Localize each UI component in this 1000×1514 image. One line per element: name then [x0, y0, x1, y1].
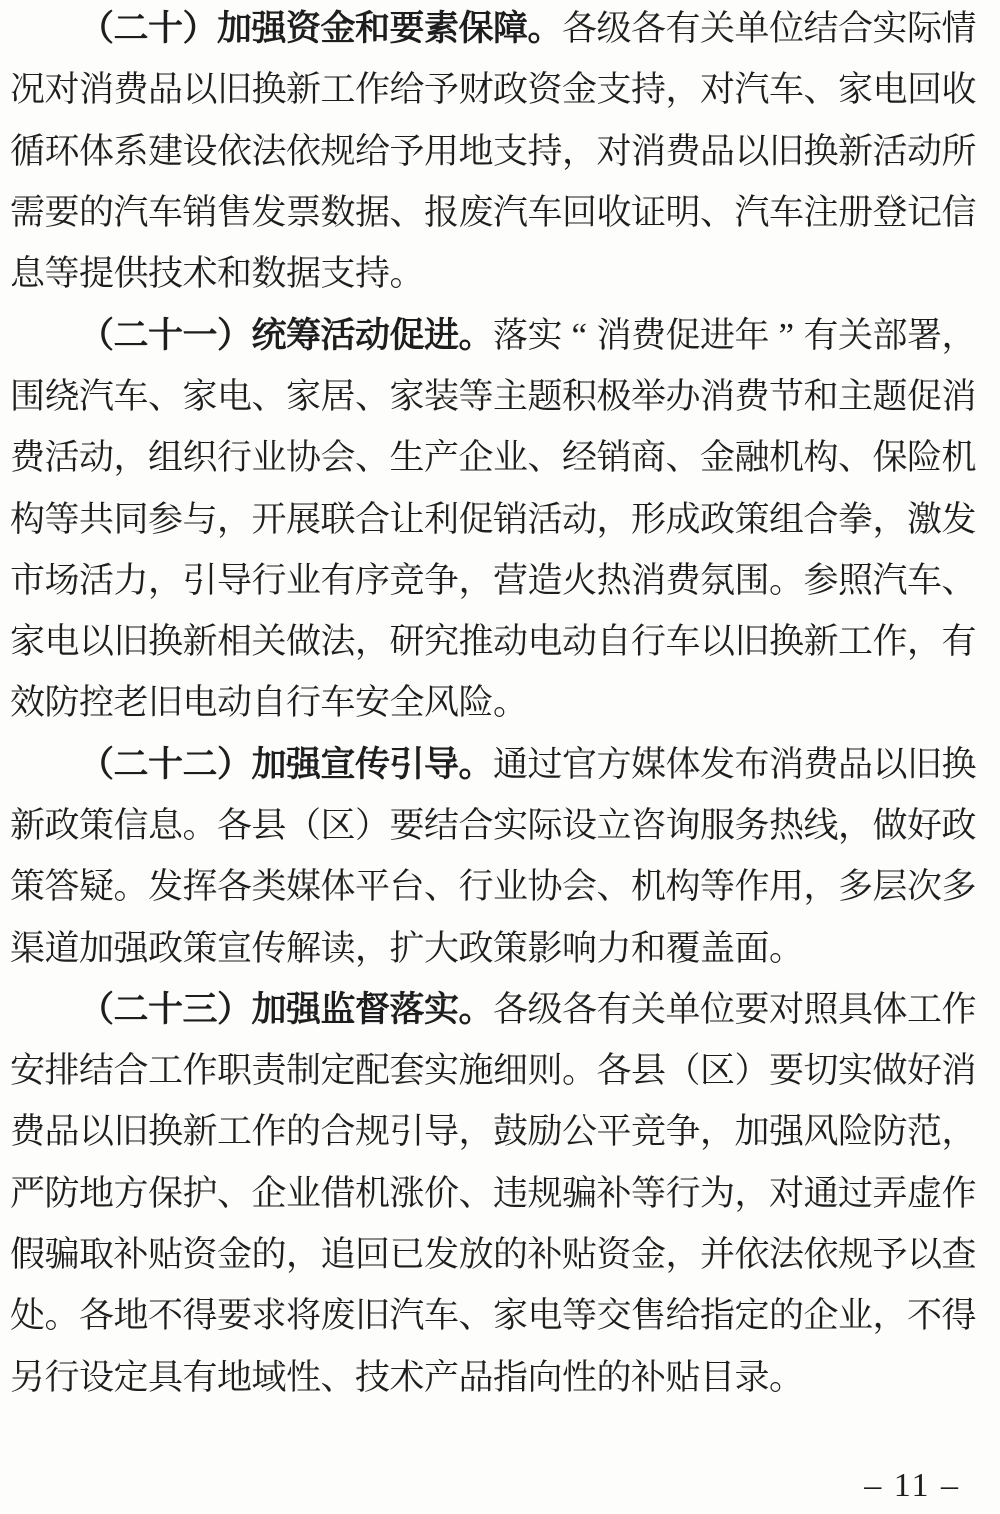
document-page: （二十）加强资金和要素保障。各级各有关单位结合实际情况对消费品以旧换新工作给予财… [0, 0, 1000, 1514]
body-char: 险 [907, 440, 942, 475]
body-char: 面 [735, 931, 770, 966]
body-char: 题 [873, 379, 908, 414]
page-number: – 11 – [864, 1467, 960, 1505]
body-char: 活 [873, 134, 908, 169]
body-char: ， [942, 1114, 977, 1149]
body-char: 持 [355, 256, 390, 291]
body-char: 要 [769, 1053, 804, 1088]
body-char: ， [114, 440, 149, 475]
body-char: 响 [562, 931, 597, 966]
body-char: 发 [700, 747, 735, 782]
body-char: 家 [390, 379, 425, 414]
body-char: 依 [217, 134, 252, 169]
body-char: 业 [252, 440, 287, 475]
text-line: 围绕汽车、家电、家居、家装等主题积极举办消费节和主题促消 [10, 366, 976, 427]
body-char: 关 [252, 624, 287, 659]
heading-char: （ [79, 747, 114, 782]
body-char: 工 [907, 992, 942, 1027]
body-char: 行 [286, 685, 321, 720]
body-char: 通 [804, 1176, 839, 1211]
body-char: （ [666, 1053, 701, 1088]
body-char: 性 [562, 1360, 597, 1395]
body-char: 区 [700, 1053, 735, 1088]
body-char: 引 [183, 563, 218, 598]
body-char: 职 [217, 1053, 252, 1088]
body-char: 答 [45, 869, 80, 904]
body-char: ） [355, 808, 390, 843]
text-line: 息等提供技术和数据支持。 [10, 243, 976, 304]
text-line: 循环体系建设依法依规给予用地支持，对消费品以旧换新活动所 [10, 121, 976, 182]
body-char: 查 [942, 1237, 977, 1272]
body-char: 活 [79, 563, 114, 598]
body-char: 激 [907, 502, 942, 537]
body-char: 严 [10, 1176, 45, 1211]
body-char: 动 [907, 134, 942, 169]
body-char: 资 [183, 1237, 218, 1272]
body-char: 关 [631, 992, 666, 1027]
body-char: 居 [321, 379, 356, 414]
body-char: 假 [10, 1237, 45, 1272]
body-char: 费 [735, 379, 770, 414]
body-char: 报 [424, 195, 459, 230]
body-char: 汽 [114, 195, 149, 230]
body-char: 作 [942, 1176, 977, 1211]
body-char: 合 [321, 1114, 356, 1149]
body-char: 方 [114, 1176, 149, 1211]
body-char: 业 [493, 440, 528, 475]
body-char: 废 [321, 1298, 356, 1333]
body-char: 技 [148, 256, 183, 291]
body-char: 等 [631, 1176, 666, 1211]
body-char: 废 [459, 195, 494, 230]
body-char: 向 [528, 1360, 563, 1395]
body-char: 组 [769, 502, 804, 537]
body-char: 地 [114, 1298, 149, 1333]
body-char: 作 [873, 624, 908, 659]
body-char: 照 [838, 563, 873, 598]
body-char: 各 [562, 11, 597, 46]
body-char: 署 [907, 318, 942, 353]
body-char: 导 [217, 563, 252, 598]
heading-char: 实 [424, 992, 459, 1027]
body-char: 给 [355, 134, 390, 169]
body-char: 以 [79, 624, 114, 659]
heading-char: （ [79, 992, 114, 1027]
body-char: 为 [700, 1176, 735, 1211]
body-char: ， [838, 808, 873, 843]
body-char: 。 [183, 808, 218, 843]
body-char: 售 [217, 195, 252, 230]
heading-char: 十 [148, 318, 183, 353]
body-char: 企 [459, 440, 494, 475]
body-char: 汽 [735, 195, 770, 230]
body-char: 自 [252, 685, 287, 720]
body-char: 要 [45, 195, 80, 230]
body-char: 读 [321, 931, 356, 966]
heading-char: 筹 [286, 318, 321, 353]
body-char: 业 [286, 563, 321, 598]
body-char: 补 [114, 1237, 149, 1272]
body-char: 单 [735, 11, 770, 46]
body-char: 定 [735, 1298, 770, 1333]
body-char: 保 [873, 440, 908, 475]
body-char: 举 [631, 379, 666, 414]
body-char: 另 [10, 1360, 45, 1395]
body-char: 定 [321, 1053, 356, 1088]
body-char: 车 [114, 379, 149, 414]
body-char: 励 [528, 1114, 563, 1149]
body-char: 政 [148, 931, 183, 966]
body-char: 用 [769, 869, 804, 904]
body-char: 骗 [45, 1237, 80, 1272]
body-char: 行 [217, 440, 252, 475]
body-char: 金 [217, 1237, 252, 1272]
body-char: 、 [597, 869, 632, 904]
body-char: 消 [769, 747, 804, 782]
body-char: 业 [838, 1298, 873, 1333]
body-char: 的 [769, 1298, 804, 1333]
body-char: 规 [355, 1114, 390, 1149]
body-char: 回 [907, 72, 942, 107]
body-char: 品 [45, 1114, 80, 1149]
body-char: 品 [700, 134, 735, 169]
body-char: 电 [873, 72, 908, 107]
body-char: ， [873, 1298, 908, 1333]
body-char: 价 [424, 1176, 459, 1211]
body-char: “ [562, 318, 597, 353]
body-char: 对 [597, 134, 632, 169]
body-char: 费 [114, 72, 149, 107]
body-char: 细 [493, 1053, 528, 1088]
heading-char: 监 [321, 992, 356, 1027]
body-char: 营 [493, 563, 528, 598]
body-char: 车 [666, 624, 701, 659]
heading-char: 十 [148, 992, 183, 1027]
body-char: 责 [252, 1053, 287, 1088]
body-char: 规 [838, 1237, 873, 1272]
body-char: 换 [148, 1114, 183, 1149]
heading-char: 进 [424, 318, 459, 353]
body-char: 汽 [735, 72, 770, 107]
text-line: 策答疑。发挥各类媒体平台、行业协会、机构等作用，多层次多 [10, 856, 976, 917]
body-char: 销 [183, 195, 218, 230]
body-char: 依 [735, 1237, 770, 1272]
body-char: 研 [390, 624, 425, 659]
body-char: 已 [390, 1237, 425, 1272]
body-char: 持 [631, 72, 666, 107]
body-char: 加 [735, 1114, 770, 1149]
body-char: 予 [390, 134, 425, 169]
text-line: 处。各地不得要求将废旧汽车、家电等交售给指定的企业，不得 [10, 1285, 976, 1346]
document-body: （二十）加强资金和要素保障。各级各有关单位结合实际情况对消费品以旧换新工作给予财… [10, 0, 976, 1408]
body-char: 。 [390, 256, 425, 291]
body-char: 支 [493, 134, 528, 169]
heading-char: 二 [183, 747, 218, 782]
body-char: 动 [217, 685, 252, 720]
body-char: 、 [252, 379, 287, 414]
body-char: ， [666, 1237, 701, 1272]
body-char: 费 [10, 1114, 45, 1149]
heading-char: 金 [321, 11, 356, 46]
body-char: 工 [148, 1053, 183, 1088]
body-char: ” [769, 318, 804, 353]
body-char: 企 [804, 1298, 839, 1333]
body-char: 车 [424, 1298, 459, 1333]
body-char: 构 [666, 869, 701, 904]
body-char: 、 [804, 72, 839, 107]
heading-char: 。 [459, 747, 494, 782]
body-char: 册 [838, 195, 873, 230]
body-char: 性 [286, 1360, 321, 1395]
body-char: 各 [79, 1298, 114, 1333]
body-char: 实 [873, 11, 908, 46]
body-char: 构 [10, 502, 45, 537]
body-char: 各 [493, 992, 528, 1027]
body-char: 情 [942, 11, 977, 46]
body-char: 序 [355, 563, 390, 598]
text-line: 新政策信息。各县（区）要结合实际设立咨询服务热线，做好政 [10, 795, 976, 856]
body-char: 策 [10, 869, 45, 904]
body-char: 地 [459, 134, 494, 169]
body-char: 级 [597, 11, 632, 46]
body-char: 业 [493, 869, 528, 904]
body-char: 金 [700, 440, 735, 475]
heading-char: 宣 [321, 747, 356, 782]
body-char: 融 [735, 440, 770, 475]
body-char: 得 [183, 1298, 218, 1333]
body-char: 机 [942, 440, 977, 475]
body-char: 有 [321, 563, 356, 598]
text-line: 况对消费品以旧换新工作给予财政资金支持，对汽车、家电回收 [10, 59, 976, 120]
body-char: 信 [942, 195, 977, 230]
body-char: ） [735, 1053, 770, 1088]
body-char: 资 [528, 72, 563, 107]
body-char: 定 [114, 1360, 149, 1395]
body-char: 虚 [907, 1176, 942, 1211]
body-char: 施 [459, 1053, 494, 1088]
heading-char: ） [217, 992, 252, 1027]
body-char: 规 [321, 134, 356, 169]
body-char: ， [597, 502, 632, 537]
body-char: 参 [804, 563, 839, 598]
body-char: 防 [45, 685, 80, 720]
body-char: 新 [286, 72, 321, 107]
body-char: 需 [10, 195, 45, 230]
body-char: 作 [183, 1053, 218, 1088]
body-char: 道 [45, 931, 80, 966]
body-char: 汽 [390, 1298, 425, 1333]
body-char: 建 [148, 134, 183, 169]
body-char: 保 [148, 1176, 183, 1211]
body-char: 资 [597, 1237, 632, 1272]
text-line: （二十一）统筹活动促进。落实“消费促进年”有关部署， [10, 304, 976, 365]
body-char: 协 [286, 440, 321, 475]
body-char: 位 [769, 11, 804, 46]
body-char: 竞 [631, 1114, 666, 1149]
body-char: ， [217, 502, 252, 537]
body-char: 险 [459, 685, 494, 720]
body-char: 力 [114, 563, 149, 598]
body-char: 品 [148, 72, 183, 107]
body-char: 方 [597, 747, 632, 782]
body-char: 引 [390, 1114, 425, 1149]
body-char: 品 [459, 1360, 494, 1395]
body-char: 对 [769, 992, 804, 1027]
body-char: 用 [424, 134, 459, 169]
body-char: 类 [252, 869, 287, 904]
body-char: 政 [45, 808, 80, 843]
body-char: 覆 [666, 931, 701, 966]
body-char: 结 [424, 808, 459, 843]
body-char: 询 [666, 808, 701, 843]
body-char: 以 [873, 747, 908, 782]
body-char: ， [355, 931, 390, 966]
body-char: 策 [493, 931, 528, 966]
body-char: 护 [183, 1176, 218, 1211]
body-char: 产 [424, 1360, 459, 1395]
body-char: ， [735, 1176, 770, 1211]
body-char: 控 [79, 685, 114, 720]
body-char: 电 [528, 624, 563, 659]
body-char: 的 [252, 1237, 287, 1272]
body-char: 消 [942, 1053, 977, 1088]
body-char: 推 [459, 624, 494, 659]
body-char: 配 [355, 1053, 390, 1088]
body-char: 实 [838, 1053, 873, 1088]
body-char: 旧 [769, 134, 804, 169]
heading-char: 十 [148, 747, 183, 782]
body-char: 、 [321, 1360, 356, 1395]
heading-char: 督 [355, 992, 390, 1027]
body-char: 取 [79, 1237, 114, 1272]
body-char: 际 [528, 808, 563, 843]
body-char: 。 [45, 1298, 80, 1333]
body-char: 处 [10, 1298, 45, 1333]
body-char: 围 [735, 563, 770, 598]
body-char: 共 [79, 502, 114, 537]
body-char: 形 [631, 502, 666, 537]
body-char: 财 [459, 72, 494, 107]
body-char: 机 [355, 1176, 390, 1211]
body-char: 汽 [873, 563, 908, 598]
body-char: ， [907, 624, 942, 659]
body-char: 的 [79, 195, 114, 230]
body-char: 主 [493, 379, 528, 414]
body-char: 术 [183, 256, 218, 291]
body-char: 合 [804, 502, 839, 537]
body-char: 给 [666, 1298, 701, 1333]
body-char: 行 [252, 563, 287, 598]
body-char: 车 [769, 72, 804, 107]
body-char: 和 [217, 256, 252, 291]
body-char: ， [148, 563, 183, 598]
heading-char: 强 [252, 11, 287, 46]
body-char: 组 [148, 440, 183, 475]
body-char: 将 [286, 1298, 321, 1333]
body-char: 行 [631, 624, 666, 659]
text-line: 家电以旧换新相关做法，研究推动电动自行车以旧换新工作，有 [10, 611, 976, 672]
body-char: 。 [562, 1053, 597, 1088]
body-char: 、 [217, 1176, 252, 1211]
body-char: 发 [148, 869, 183, 904]
body-char: 的 [493, 1237, 528, 1272]
heading-char: 活 [321, 318, 356, 353]
body-char: 据 [355, 195, 390, 230]
heading-char: 。 [528, 11, 563, 46]
body-char: 收 [597, 195, 632, 230]
body-char: 全 [390, 685, 425, 720]
text-line: 需要的汽车销售发票数据、报废汽车回收证明、汽车注册登记信 [10, 182, 976, 243]
heading-char: 传 [355, 747, 390, 782]
body-char: 策 [79, 808, 114, 843]
body-char: 多 [942, 869, 977, 904]
body-char: 办 [666, 379, 701, 414]
body-char: 照 [804, 992, 839, 1027]
text-line: （二十三）加强监督落实。各级各有关单位要对照具体工作 [10, 979, 976, 1040]
body-char: 热 [597, 563, 632, 598]
body-char: 各 [631, 11, 666, 46]
body-char: 录 [735, 1360, 770, 1395]
body-char: 所 [942, 134, 977, 169]
body-char: 费 [10, 440, 45, 475]
body-char: 主 [838, 379, 873, 414]
body-char: 险 [838, 1114, 873, 1149]
heading-char: 落 [390, 992, 425, 1027]
body-char: 多 [838, 869, 873, 904]
body-char: 大 [424, 931, 459, 966]
body-char: 以 [79, 1114, 114, 1149]
body-char: 题 [528, 379, 563, 414]
body-char: 指 [493, 1360, 528, 1395]
body-char: 息 [148, 808, 183, 843]
body-char: 咨 [631, 808, 666, 843]
body-char: 支 [321, 256, 356, 291]
body-char: 车 [148, 195, 183, 230]
body-char: 等 [700, 869, 735, 904]
body-char: 套 [390, 1053, 425, 1088]
body-char: 法 [769, 1237, 804, 1272]
body-char: 官 [562, 747, 597, 782]
body-char: 补 [597, 1176, 632, 1211]
body-char: 自 [597, 624, 632, 659]
body-char: 设 [562, 808, 597, 843]
body-char: 鼓 [493, 1114, 528, 1149]
body-char: 县 [252, 808, 287, 843]
body-char: 电 [528, 1298, 563, 1333]
body-char: 法 [321, 624, 356, 659]
body-char: 造 [528, 563, 563, 598]
body-char: 层 [873, 869, 908, 904]
body-char: 体 [79, 134, 114, 169]
body-char: 动 [562, 624, 597, 659]
body-char: 装 [424, 379, 459, 414]
body-char: 费 [631, 318, 666, 353]
body-char: 老 [114, 685, 149, 720]
body-char: 利 [424, 502, 459, 537]
body-char: 登 [873, 195, 908, 230]
body-char: 工 [217, 1114, 252, 1149]
body-char: 车 [528, 195, 563, 230]
body-char: 参 [148, 502, 183, 537]
body-char: 贴 [562, 1237, 597, 1272]
body-char: 新 [183, 1114, 218, 1149]
body-char: 不 [148, 1298, 183, 1333]
body-char: 并 [700, 1237, 735, 1272]
heading-char: 二 [114, 318, 149, 353]
body-char: 同 [114, 502, 149, 537]
body-char: 等 [45, 256, 80, 291]
body-char: 车 [769, 195, 804, 230]
